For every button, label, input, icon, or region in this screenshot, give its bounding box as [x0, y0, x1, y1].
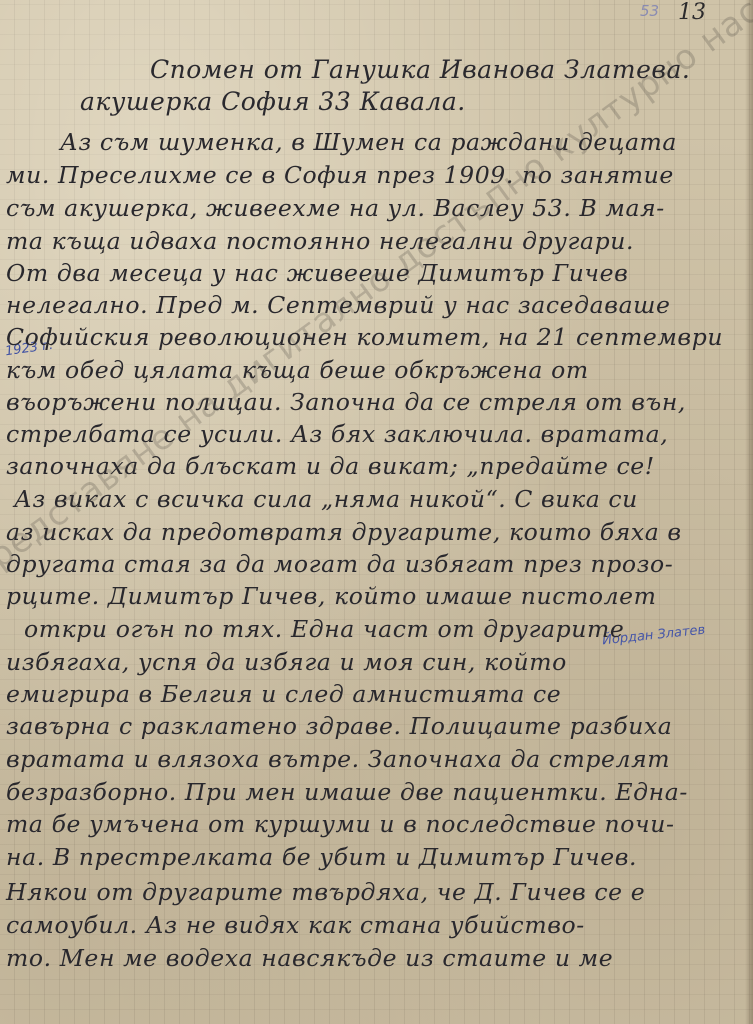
body-line: то. Мен ме водеха навсякъде из стаите и …	[6, 944, 613, 972]
body-line: на. В престрелката бе убит и Димитър Гич…	[6, 843, 637, 871]
body-line: емигрира в Белгия и след амнистията се	[6, 680, 561, 708]
body-line: Софийския революционен комитет, на 21 се…	[6, 323, 723, 351]
body-line: Някои от другарите твърдяха, че Д. Гичев…	[6, 878, 645, 906]
body-line: завърна с разклатено здраве. Полицаите р…	[6, 712, 672, 740]
body-line: другата стая за да могат да избягат през…	[6, 550, 673, 578]
body-line: ми. Преселихме се в София през 1909. по …	[6, 161, 674, 189]
body-line: та бе умъчена от куршуми и в последствие…	[6, 810, 675, 838]
body-line: стрелбата се усили. Аз бях заключила. вр…	[6, 420, 668, 448]
body-line: рците. Димитър Гичев, който имаше пистол…	[6, 582, 657, 610]
body-line: та къща идваха постоянно нелегални друга…	[6, 227, 634, 255]
body-line: самоубил. Аз не видях как стана убийство…	[6, 911, 585, 939]
document-title: Спомен от Ганушка Иванова Златева.	[150, 55, 690, 84]
body-line: избягаха, успя да избяга и моя син, койт…	[6, 648, 567, 676]
body-line: откри огън по тях. Една част от другарит…	[24, 615, 624, 643]
body-line: вратата и влязоха вътре. Започнаха да ст…	[6, 745, 670, 773]
archive-number: 53	[640, 2, 659, 20]
paper-edge-shadow	[745, 0, 753, 1024]
body-line: въоръжени полицаи. Започна да се стреля …	[6, 388, 686, 416]
body-line: От два месеца у нас живееше Димитър Гиче…	[6, 259, 628, 287]
body-line: аз исках да предотвратя другарите, които…	[6, 518, 682, 546]
body-line: съм акушерка, живеехме на ул. Васлеу 53.…	[6, 194, 665, 222]
document-subtitle: акушерка София 33 Кавала.	[80, 87, 466, 116]
body-line: безразборно. При мен имаше две пациентки…	[6, 778, 688, 806]
